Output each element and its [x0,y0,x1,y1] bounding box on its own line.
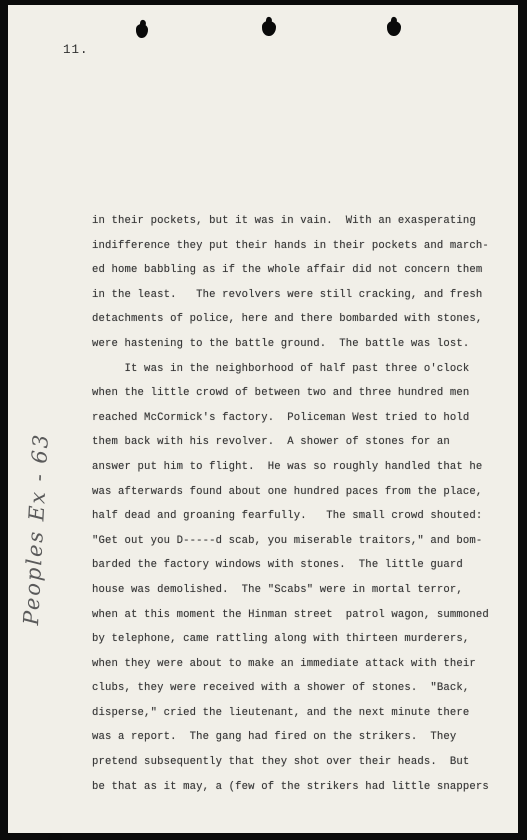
text-line: pretend subsequently that they shot over… [92,750,502,775]
text-line: when they were about to make an immediat… [92,652,502,677]
text-line: reached McCormick's factory. Policeman W… [92,406,502,431]
text-line: indifference they put their hands in the… [92,234,502,259]
text-line: half dead and groaning fearfully. The sm… [92,504,502,529]
text-line: were hastening to the battle ground. The… [92,332,502,357]
text-line: detachments of police, here and there bo… [92,307,502,332]
text-line: in their pockets, but it was in vain. Wi… [92,209,502,234]
text-line: when at this moment the Hinman street pa… [92,603,502,628]
text-line: be that as it may, a (few of the striker… [92,775,502,800]
page-number: 11. [63,43,89,57]
typewritten-body: in their pockets, but it was in vain. Wi… [92,209,502,799]
text-line: disperse," cried the lieutenant, and the… [92,701,502,726]
text-line: when the little crowd of between two and… [92,381,502,406]
text-line: house was demolished. The "Scabs" were i… [92,578,502,603]
ink-blot-icon [48,833,62,840]
photostat-scan: { "page": { "number": "11.", "margin_ann… [0,0,527,840]
text-line: was a report. The gang had fired on the … [92,725,502,750]
binding-hole-icon [262,21,276,36]
document-page: 11. Peoples Ex - 63 in their pockets, bu… [8,5,518,833]
text-line: them back with his revolver. A shower of… [92,430,502,455]
text-line: answer put him to flight. He was so roug… [92,455,502,480]
text-line: It was in the neighborhood of half past … [92,357,502,382]
text-line: clubs, they were received with a shower … [92,676,502,701]
text-line: was afterwards found about one hundred p… [92,480,502,505]
text-line: ed home babbling as if the whole affair … [92,258,502,283]
text-line: by telephone, came rattling along with t… [92,627,502,652]
text-line: in the least. The revolvers were still c… [92,283,502,308]
text-line: "Get out you D-----d scab, you miserable… [92,529,502,554]
binding-hole-icon [387,21,401,36]
exhibit-annotation: Peoples Ex - 63 [19,432,53,626]
text-line: barded the factory windows with stones. … [92,553,502,578]
binding-hole-icon [136,24,148,38]
